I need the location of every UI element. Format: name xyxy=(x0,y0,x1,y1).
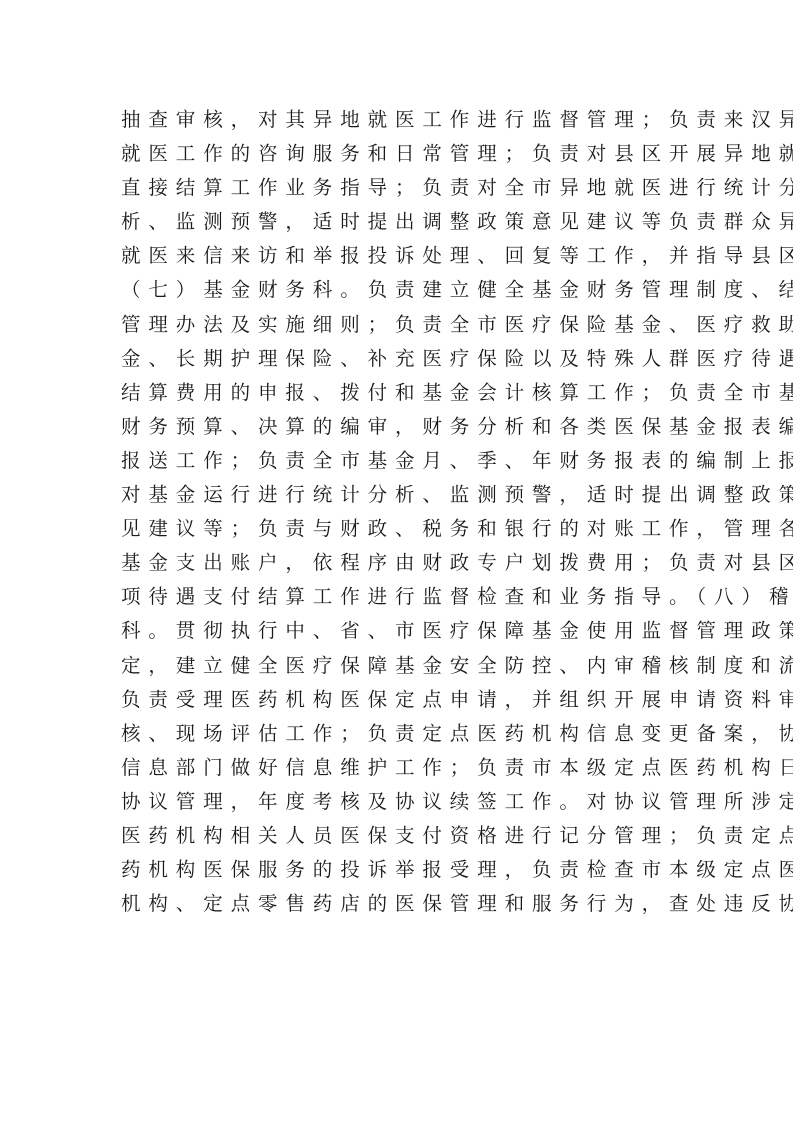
text-line: 管理办法及实施细则；负责全市医疗保险基金、医疗救助基 xyxy=(121,308,681,342)
text-line: 协议管理，年度考核及协议续签工作。对协议管理所涉定点 xyxy=(121,785,681,819)
text-line: 结算费用的申报、拨付和基金会计核算工作；负责全市基金 xyxy=(121,376,681,410)
text-line: 负责受理医药机构医保定点申请，并组织开展申请资料审 xyxy=(121,683,681,717)
body-paragraph: 抽查审核，对其异地就医工作进行监督管理；负责来汉异地 就医工作的咨询服务和日常管… xyxy=(121,103,681,921)
text-line: 核、现场评估工作；负责定点医药机构信息变更备案，协助 xyxy=(121,717,681,751)
text-line: 科。贯彻执行中、省、市医疗保障基金使用监督管理政策规 xyxy=(121,614,681,648)
section-heading-line: （七）基金财务科。负责建立健全基金财务管理制度、结算 xyxy=(121,273,681,307)
text-line: 医药机构相关人员医保支付资格进行记分管理；负责定点医 xyxy=(121,819,681,853)
document-page: 抽查审核，对其异地就医工作进行监督管理；负责来汉异地 就医工作的咨询服务和日常管… xyxy=(0,0,793,1122)
text-line: 对基金运行进行统计分析、监测预警，适时提出调整政策意 xyxy=(121,478,681,512)
text-line: 信息部门做好信息维护工作；负责市本级定点医药机构日常 xyxy=(121,751,681,785)
text-line: 就医来信来访和举报投诉处理、回复等工作，并指导县区。 xyxy=(121,239,681,273)
text-line: 财务预算、决算的编审，财务分析和各类医保基金报表编制 xyxy=(121,410,681,444)
text-line: 抽查审核，对其异地就医工作进行监督管理；负责来汉异地 xyxy=(121,103,681,137)
text-line: 药机构医保服务的投诉举报受理，负责检查市本级定点医疗 xyxy=(121,853,681,887)
text-line: 机构、定点零售药店的医保管理和服务行为，查处违反协议 xyxy=(121,887,681,921)
text-line: 金、长期护理保险、补充医疗保险以及特殊人群医疗待遇等 xyxy=(121,342,681,376)
text-line: 定，建立健全医疗保障基金安全防控、内审稽核制度和流程； xyxy=(121,649,681,683)
text-line: 项待遇支付结算工作进行监督检查和业务指导。（八）稽核 xyxy=(121,580,681,614)
text-line: 直接结算工作业务指导；负责对全市异地就医进行统计分 xyxy=(121,171,681,205)
text-line: 析、监测预警，适时提出调整政策意见建议等负责群众异地 xyxy=(121,205,681,239)
text-line: 见建议等；负责与财政、税务和银行的对账工作，管理各项 xyxy=(121,512,681,546)
text-line: 报送工作；负责全市基金月、季、年财务报表的编制上报， xyxy=(121,444,681,478)
text-line: 基金支出账户，依程序由财政专户划拨费用；负责对县区各 xyxy=(121,546,681,580)
text-line: 就医工作的咨询服务和日常管理；负责对县区开展异地就医 xyxy=(121,137,681,171)
